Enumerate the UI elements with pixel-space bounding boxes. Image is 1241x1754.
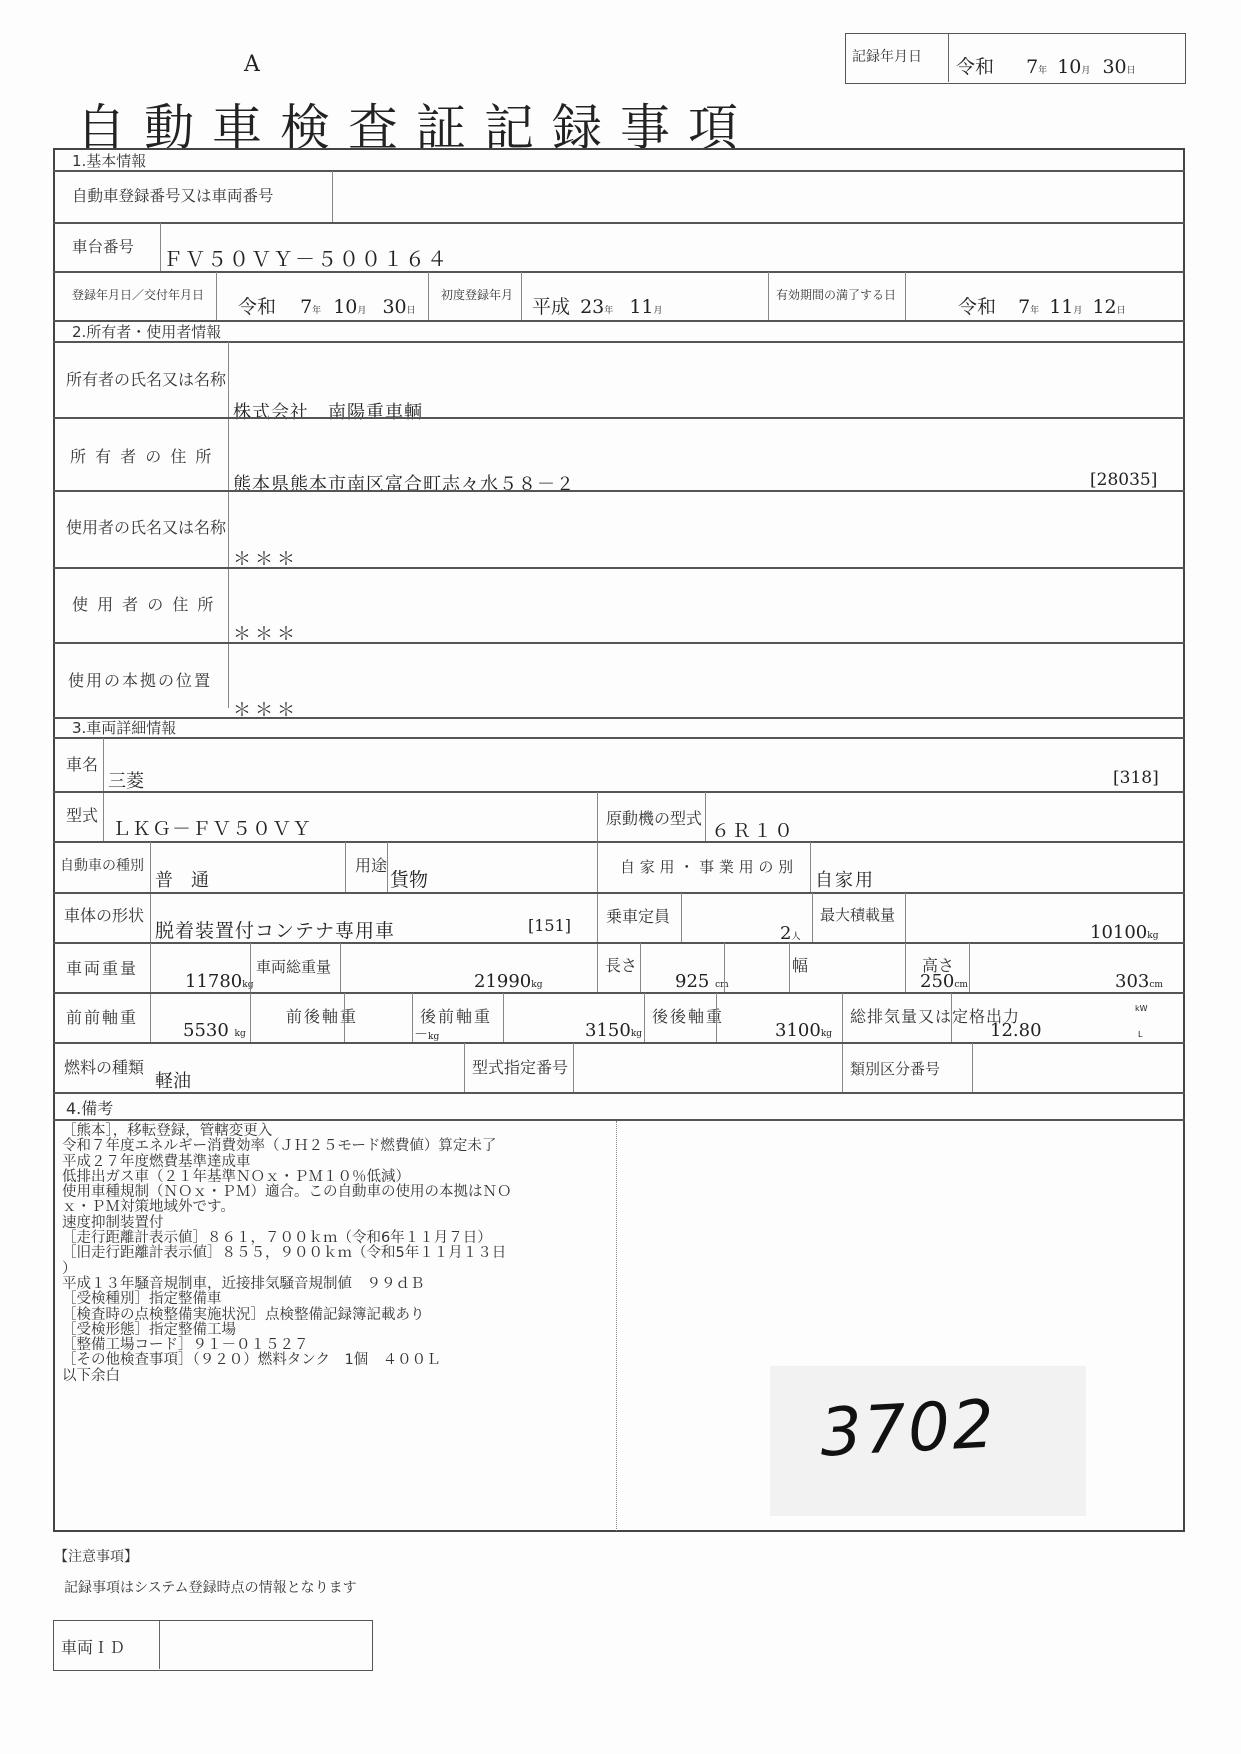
capacity-value: 2人 <box>780 923 800 944</box>
section-vehicle-detail-title: 3.車両詳細情報 <box>72 717 176 738</box>
car-name-code: [318] <box>1113 768 1159 788</box>
vehicle-weight-value: 11780kg <box>185 971 253 992</box>
caution-title: 【注意事項】 <box>54 1546 138 1566</box>
note-line: ） <box>62 1262 614 1277</box>
gross-weight-value: 21990kg <box>474 971 542 992</box>
fuel-value: 軽油 <box>155 1067 191 1093</box>
notes-divider <box>616 1121 617 1531</box>
note-line: 令和７年度エネルギー消費効率（ＪＨ２５モード燃費値）算定未了 <box>62 1139 614 1154</box>
registration-date-label: 登録年月日／交付年月日 <box>72 286 204 303</box>
section-basic-info-title: 1.基本情報 <box>72 150 146 171</box>
private-business-value: 自家用 <box>815 866 875 892</box>
record-date-label: 記録年月日 <box>846 34 949 82</box>
max-load-label: 最大積載量 <box>820 904 895 925</box>
vehicle-id-label: 車両ＩＤ <box>54 1621 160 1669</box>
registration-number-label: 自動車登録番号又は車両番号 <box>72 184 274 206</box>
expiry-date-value: 令和 7年 11月 12日 <box>958 292 1126 319</box>
first-registration-value: 平成 23年 11月 <box>532 292 663 319</box>
fuel-label: 燃料の種類 <box>64 1055 144 1078</box>
body-shape-label: 車体の形状 <box>64 903 144 926</box>
engine-model-value: ６Ｒ１０ <box>711 816 795 843</box>
caution-text: 記録事項はシステム登録時点の情報となります <box>64 1577 357 1597</box>
owner-address-code: [28035] <box>1090 470 1157 490</box>
fr-axle-label: 前後軸重 <box>286 1004 358 1027</box>
section-owner-user-title: 2.所有者・使用者情報 <box>72 321 221 342</box>
model-value: ＬＫＧ－ＦＶ５０ＶＹ <box>112 814 312 841</box>
length-value: 925 cm <box>675 971 729 992</box>
vehicle-id-box: 車両ＩＤ <box>53 1620 373 1671</box>
displacement-value: 12.80 <box>990 1020 1042 1041</box>
chassis-number-label: 車台番号 <box>72 235 134 257</box>
owner-name-value: 株式会社 南陽重車輌 <box>233 398 423 424</box>
note-line: 以下余白 <box>62 1369 614 1384</box>
category-label: 類別区分番号 <box>850 1058 940 1079</box>
usage-label: 用途 <box>355 853 387 876</box>
note-line: ｘ・ＰＭ対策地域外です。 <box>62 1200 614 1215</box>
engine-model-label: 原動機の型式 <box>606 806 702 829</box>
note-line: ［旧走行距離計表示値］８５５，９００ｋｍ（令和5年１１月１３日 <box>62 1246 614 1261</box>
rf-axle-value: 3150kg <box>585 1020 642 1041</box>
body-shape-code: [151] <box>528 916 571 935</box>
rr-axle-label: 後後軸重 <box>652 1004 724 1027</box>
expiry-label: 有効期間の満了する日 <box>776 286 896 303</box>
car-name-value: 三菱 <box>108 767 144 793</box>
registration-date-value: 令和 7年 10月 30日 <box>238 292 416 319</box>
ff-axle-label: 前前軸重 <box>66 1005 138 1028</box>
corner-mark: A <box>244 52 260 77</box>
note-line: 低排出ガス車（２１年基準ＮＯｘ・ＰＭ１０％低減） <box>62 1170 614 1185</box>
note-line: ［受検形態］指定整備工場 <box>62 1323 614 1338</box>
vehicle-type-value: 普 通 <box>155 866 209 892</box>
height-value: 303cm <box>1115 971 1163 992</box>
note-line: ［受検種別］指定整備車 <box>62 1292 614 1307</box>
displacement-unit-l: L <box>1138 1030 1142 1039</box>
body-shape-value: 脱着装置付コンテナ専用車 <box>155 916 395 943</box>
height-label: 高さ <box>922 953 954 976</box>
note-line: ［その他検査事項］（９２０）燃料タンク 1個 ４００Ｌ <box>62 1353 614 1368</box>
note-line: ［熊本］，移転登録，管轄変更入 <box>62 1124 614 1139</box>
length-label: 長さ <box>605 953 637 976</box>
displacement-unit-kw: kW <box>1135 1004 1148 1013</box>
notes-list: ［熊本］，移転登録，管轄変更入令和７年度エネルギー消費効率（ＪＨ２５モード燃費値… <box>62 1124 614 1384</box>
usage-value: 貨物 <box>390 865 428 892</box>
user-address-label: 使 用 者 の 住 所 <box>72 592 215 615</box>
type-designation-label: 型式指定番号 <box>472 1055 568 1078</box>
vehicle-type-label: 自動車の種別 <box>60 855 144 875</box>
max-load-value: 10100kg <box>1090 922 1158 943</box>
fr-axle-value: －kg <box>414 1024 439 1044</box>
owner-name-label: 所有者の氏名又は名称 <box>66 367 226 390</box>
rf-axle-label: 後前軸重 <box>420 1004 492 1027</box>
owner-address-label: 所 有 者 の 住 所 <box>70 444 213 467</box>
base-location-label: 使用の本拠の位置 <box>68 668 212 691</box>
vehicle-weight-label: 車両重量 <box>66 956 138 979</box>
gross-weight-label: 車両総重量 <box>256 956 331 977</box>
handwritten-note-area: 3702 <box>770 1366 1086 1516</box>
capacity-label: 乗車定員 <box>606 904 670 927</box>
ff-axle-value: 5530 kg <box>183 1020 246 1041</box>
owner-address-value: 熊本県熊本市南区富合町志々水５８－２ <box>233 470 575 496</box>
first-registration-label: 初度登録年月 <box>441 286 513 303</box>
record-date-box: 記録年月日 令和 7年 10月 30日 <box>845 33 1186 84</box>
section-notes-title: 4.備考 <box>66 1096 113 1119</box>
rr-axle-value: 3100kg <box>775 1020 832 1041</box>
record-date-value: 令和 7年 10月 30日 <box>956 52 1136 79</box>
note-line: 平成１３年騒音規制車，近接排気騒音規制値 ９９ｄＢ <box>62 1277 614 1292</box>
car-name-label: 車名 <box>66 752 98 775</box>
chassis-number-value: ＦＶ５０ＶＹ－５００１６４ <box>163 243 449 272</box>
private-business-label: 自 家 用 ・ 事 業 用 の 別 <box>620 856 793 877</box>
model-label: 型式 <box>66 803 98 826</box>
width-label: 幅 <box>792 953 808 976</box>
note-line: ［検査時の点検整備実施状況］点検整備記録簿記載あり <box>62 1308 614 1323</box>
note-line: 速度抑制装置付 <box>62 1216 614 1231</box>
note-line: 平成２７年度燃費基準達成車 <box>62 1155 614 1170</box>
handwritten-number: 3702 <box>818 1385 998 1471</box>
user-name-label: 使用者の氏名又は名称 <box>66 515 226 538</box>
